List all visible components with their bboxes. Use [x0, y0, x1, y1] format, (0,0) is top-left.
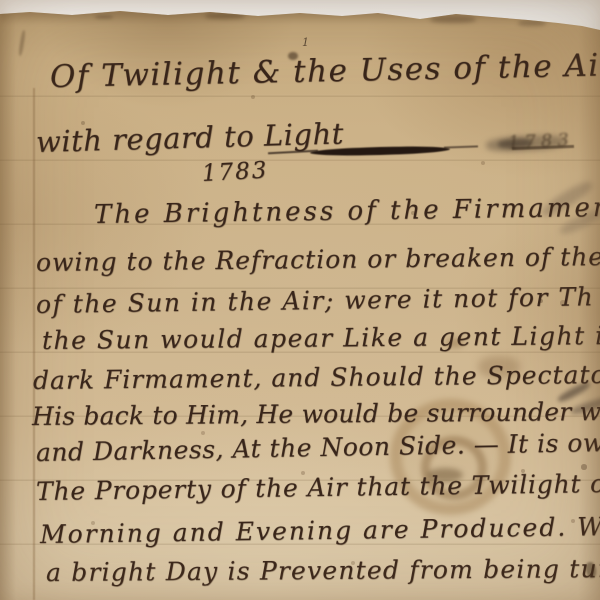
handwritten-line: the Sun would apear Like a gent Light in	[42, 323, 600, 353]
margin-rule-line	[33, 88, 35, 600]
handwritten-line: His back to Him, He would be surrounder …	[32, 398, 600, 429]
manuscript-page: 1 Of Twilight & the Uses of the Air with…	[0, 0, 600, 600]
handwritten-line: dark Firmament, and Should the Spectator…	[33, 361, 600, 393]
handwritten-line: owing to the Refraction or breaken of th…	[36, 244, 600, 275]
handwritten-line: of the Sun in the Air; were it not for T…	[36, 284, 595, 317]
edge-smudge	[95, 15, 113, 19]
struck-out-year: 1783	[507, 129, 574, 153]
date-year: 1783	[201, 160, 269, 186]
ink-speckles	[0, 0, 2, 2]
manuscript-photo: 1 Of Twilight & the Uses of the Air with…	[0, 0, 600, 600]
page-number: 1	[302, 36, 309, 49]
edge-smudge	[518, 20, 546, 26]
edge-smudge	[205, 13, 245, 19]
edge-smudge	[430, 16, 476, 23]
handwritten-line: The Brightness of the Firmament i	[94, 194, 600, 228]
handwritten-line: The Property of the Air that the Twiligh…	[36, 471, 600, 504]
handwritten-line: Morning and Evening are Produced. Where	[40, 513, 600, 547]
handwritten-line: a bright Day is Prevented from being tur…	[46, 556, 600, 585]
